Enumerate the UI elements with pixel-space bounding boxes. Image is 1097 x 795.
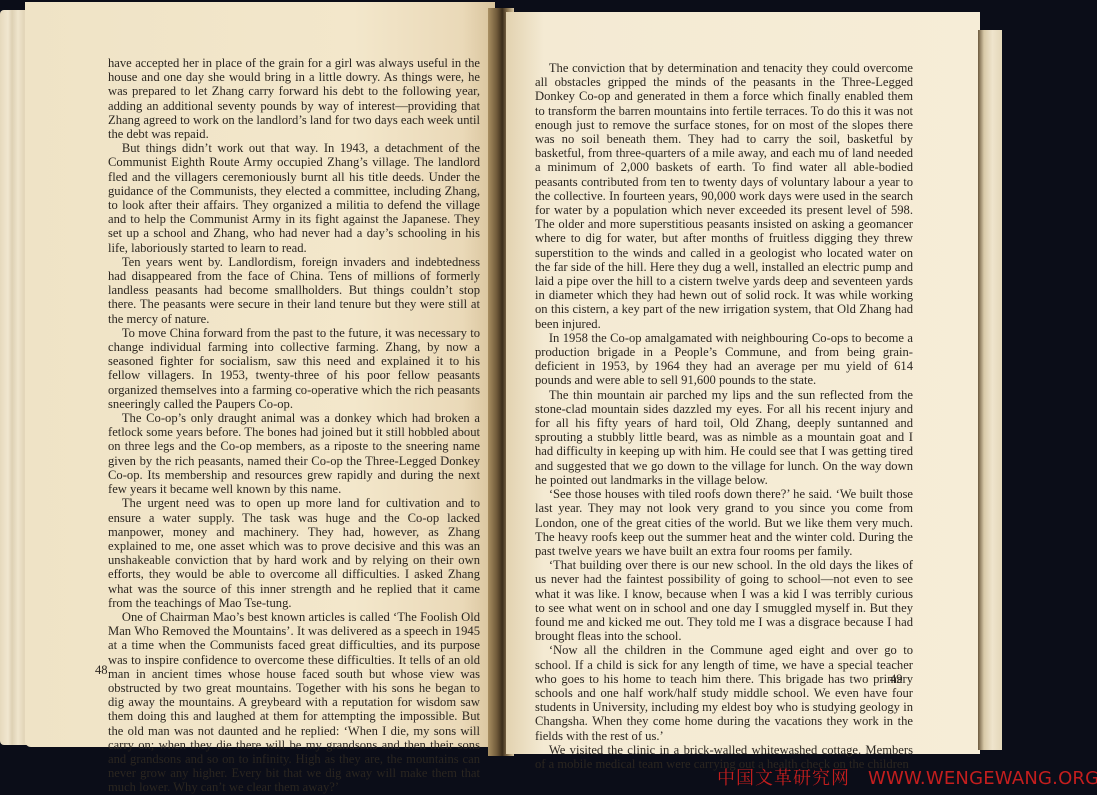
paragraph: But things didn’t work out that way. In … [108, 141, 480, 255]
site-watermark: 中国文革研究网WWW.WENGEWANG.ORG [717, 768, 1097, 790]
paragraph: One of Chairman Mao’s best known article… [108, 610, 480, 795]
paragraph: We visited the clinic in a brick-walled … [535, 743, 913, 771]
paragraph: To move China forward from the past to t… [108, 326, 480, 411]
left-page-text: have accepted her in place of the grain … [108, 56, 480, 795]
paragraph: The Co-op’s only draught animal was a do… [108, 411, 480, 496]
right-page-text: The conviction that by determination and… [535, 61, 913, 771]
paragraph: ‘Now all the children in the Commune age… [535, 643, 913, 742]
page-number-left: 48 [95, 663, 108, 678]
paragraph: ‘That building over there is our new sch… [535, 558, 913, 643]
paragraph: have accepted her in place of the grain … [108, 56, 480, 141]
paragraph: Ten years went by. Landlordism, foreign … [108, 255, 480, 326]
watermark-url: WWW.WENGEWANG.ORG [868, 768, 1097, 789]
paragraph: In 1958 the Co-op amalgamated with neigh… [535, 331, 913, 388]
right-page-stack-edges [978, 30, 1002, 750]
paragraph: The conviction that by determination and… [535, 61, 913, 331]
paragraph: The thin mountain air parched my lips an… [535, 388, 913, 487]
paragraph: The urgent need was to open up more land… [108, 496, 480, 610]
page-number-right: 49 [890, 672, 903, 687]
watermark-chinese-text: 中国文革研究网 [717, 768, 850, 789]
paragraph: ‘See those houses with tiled roofs down … [535, 487, 913, 558]
